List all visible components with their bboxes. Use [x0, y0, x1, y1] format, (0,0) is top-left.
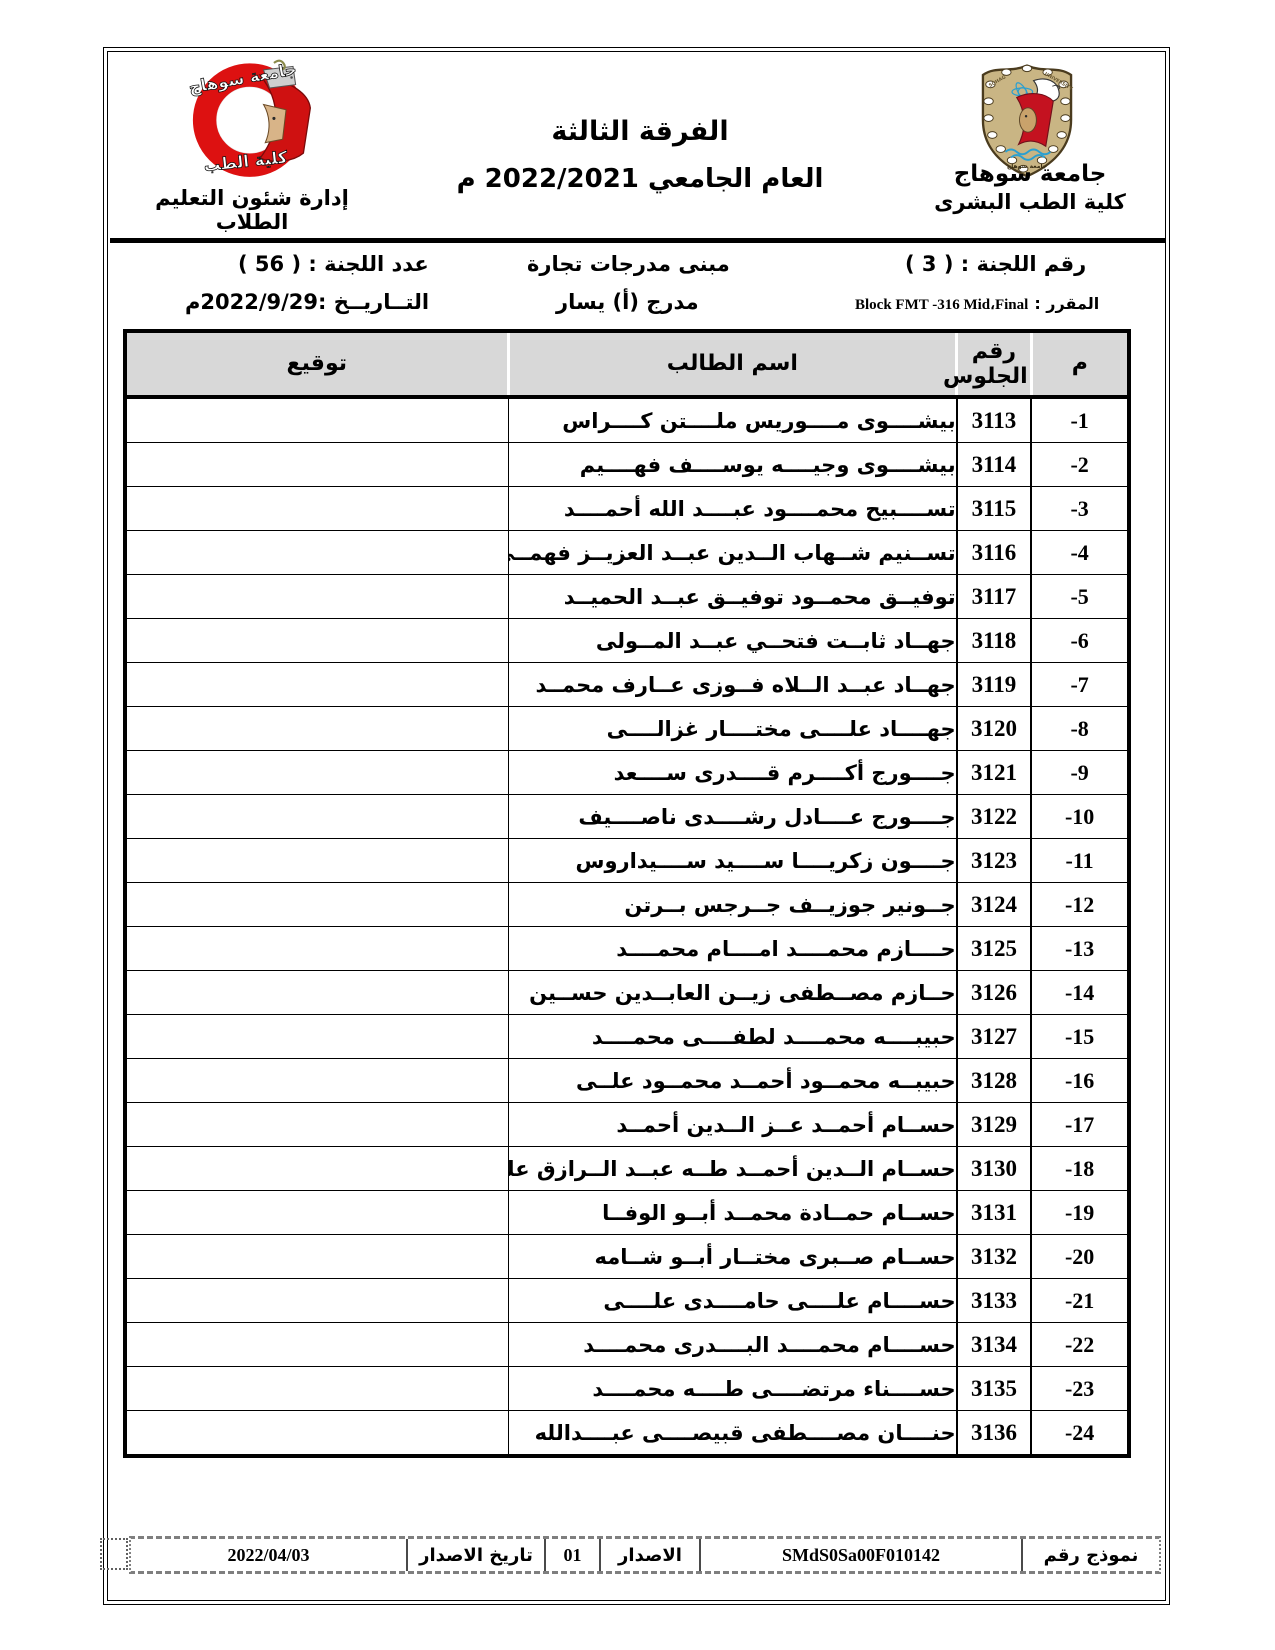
- student-name-cell: جهــاد ثابــت فتحــي عبــد المــولى: [508, 619, 957, 663]
- signature-cell: [125, 1279, 508, 1323]
- serial-cell: -1: [1031, 397, 1129, 443]
- table-row: -53117توفيــق محمــود توفيــق عبــد الحم…: [125, 575, 1129, 619]
- issue-date-text: 2022/04/03: [227, 1545, 309, 1566]
- student-name-cell: تســــبيح محمــــود عبــــد الله أحمــــ…: [508, 487, 957, 531]
- seat-number-cell: 3123: [957, 839, 1032, 883]
- seat-number-cell: 3114: [957, 443, 1032, 487]
- signature-cell: [125, 839, 508, 883]
- student-name-cell: حســــناء مرتضــــى طــــه محمــــد: [508, 1367, 957, 1411]
- seat-number-cell: 3115: [957, 487, 1032, 531]
- course-line: المقرر : Block FMT -316 Mid،Final: [855, 294, 1099, 314]
- page-title: الفرقة الثالثة: [428, 116, 852, 147]
- serial-cell: -15: [1031, 1015, 1129, 1059]
- table-row: -13113بيشــــوى مــــوريس ملــــتن كــــ…: [125, 397, 1129, 443]
- issue-date-value: 2022/04/03: [131, 1539, 406, 1571]
- exam-date: التــاريــخ :2022/9/29م: [185, 290, 429, 314]
- table-header-row: م رقم الجلوس اسم الطالب توقيع: [125, 331, 1129, 397]
- table-row: -223134حســــام محمــــد البــــدرى محمـ…: [125, 1323, 1129, 1367]
- issue-value: 01: [544, 1539, 599, 1571]
- student-name-cell: حســام صــبرى مختــار أبــو شــامه: [508, 1235, 957, 1279]
- signature-cell: [125, 1059, 508, 1103]
- serial-cell: -6: [1031, 619, 1129, 663]
- seat-number-cell: 3129: [957, 1103, 1032, 1147]
- signature-cell: [125, 751, 508, 795]
- roster-body: -13113بيشــــوى مــــوريس ملــــتن كــــ…: [125, 397, 1129, 1456]
- pharaoh-face-shape: [1020, 108, 1037, 132]
- table-row: -23114بيشــــوى وجيــــه يوســــف فهــــ…: [125, 443, 1129, 487]
- serial-cell: -20: [1031, 1235, 1129, 1279]
- seat-number-cell: 3117: [957, 575, 1032, 619]
- signature-cell: [125, 443, 508, 487]
- serial-cell: -21: [1031, 1279, 1129, 1323]
- serial-cell: -24: [1031, 1411, 1129, 1457]
- table-row: -113123جــــون زكريــــا ســــيد ســــيد…: [125, 839, 1129, 883]
- student-name-cell: توفيــق محمــود توفيــق عبــد الحميــد: [508, 575, 957, 619]
- student-name-cell: حبيبــه محمــود أحمــد محمــود علــى: [508, 1059, 957, 1103]
- seat-number-cell: 3125: [957, 927, 1032, 971]
- signature-cell: [125, 663, 508, 707]
- serial-cell: -22: [1031, 1323, 1129, 1367]
- table-row: -153127حبيبــــه محمــــد لطفــــى محمــ…: [125, 1015, 1129, 1059]
- student-name-cell: حســــام محمــــد البــــدرى محمــــد: [508, 1323, 957, 1367]
- serial-cell: -3: [1031, 487, 1129, 531]
- attendance-table: م رقم الجلوس اسم الطالب توقيع -13113بيشـ…: [123, 329, 1131, 1458]
- table-row: -203132حســام صــبرى مختــار أبــو شــام…: [125, 1235, 1129, 1279]
- university-caption: جامعة سوهاج كلية الطب البشرى: [920, 160, 1140, 215]
- serial-cell: -14: [1031, 971, 1129, 1015]
- faculty-name: كلية الطب البشرى: [920, 189, 1140, 215]
- department-caption: إدارة شئون التعليم الطلاب: [133, 186, 371, 234]
- serial-cell: -12: [1031, 883, 1129, 927]
- serial-cell: -19: [1031, 1191, 1129, 1235]
- seat-number-cell: 3131: [957, 1191, 1032, 1235]
- table-row: -63118جهــاد ثابــت فتحــي عبــد المــول…: [125, 619, 1129, 663]
- signature-cell: [125, 575, 508, 619]
- column-header-signature: توقيع: [125, 331, 508, 397]
- student-name-cell: حنــــان مصــــطفى قبيصــــى عبــــدالله: [508, 1411, 957, 1457]
- exam-hall: مدرج (أ) يسار: [556, 290, 699, 314]
- seat-number-cell: 3136: [957, 1411, 1032, 1457]
- signature-cell: [125, 531, 508, 575]
- student-name-cell: حبيبــــه محمــــد لطفــــى محمــــد: [508, 1015, 957, 1059]
- exam-building: مبنى مدرجات تجارة: [527, 252, 730, 276]
- seat-number-cell: 3132: [957, 1235, 1032, 1279]
- form-number-label: نموذج رقم: [1021, 1539, 1159, 1571]
- serial-cell: -10: [1031, 795, 1129, 839]
- seat-number-cell: 3134: [957, 1323, 1032, 1367]
- student-name-cell: جــونير جوزيــف جــرجس بــرتن: [508, 883, 957, 927]
- serial-cell: -16: [1031, 1059, 1129, 1103]
- signature-cell: [125, 707, 508, 751]
- student-name-cell: حــازم مصــطفى زيــن العابــدين حســين: [508, 971, 957, 1015]
- table-row: -163128حبيبــه محمــود أحمــد محمــود عل…: [125, 1059, 1129, 1103]
- serial-cell: -17: [1031, 1103, 1129, 1147]
- seat-number-cell: 3133: [957, 1279, 1032, 1323]
- signature-cell: [125, 619, 508, 663]
- column-header-serial: م: [1031, 331, 1129, 397]
- table-row: -33115تســــبيح محمــــود عبــــد الله أ…: [125, 487, 1129, 531]
- signature-cell: [125, 1367, 508, 1411]
- table-row: -243136حنــــان مصــــطفى قبيصــــى عبــ…: [125, 1411, 1129, 1457]
- serial-cell: -8: [1031, 707, 1129, 751]
- signature-cell: [125, 795, 508, 839]
- student-name-cell: حســام أحمــد عــز الــدين أحمــد: [508, 1103, 957, 1147]
- table-row: -233135حســــناء مرتضــــى طــــه محمـــ…: [125, 1367, 1129, 1411]
- header-divider: [110, 238, 1166, 243]
- table-row: -43116تســنيم شــهاب الــدين عبــد العزي…: [125, 531, 1129, 575]
- committee-number: رقم اللجنة : ( 3 ): [905, 252, 1086, 276]
- seat-number-cell: 3113: [957, 397, 1032, 443]
- table-row: -193131حســام حمــادة محمــد أبــو الوفـ…: [125, 1191, 1129, 1235]
- signature-cell: [125, 1323, 508, 1367]
- seat-number-cell: 3120: [957, 707, 1032, 751]
- student-name-cell: جهــــاد علــــى مختــــار غزالــــى: [508, 707, 957, 751]
- issue-label: الاصدار: [599, 1539, 699, 1571]
- signature-cell: [125, 927, 508, 971]
- signature-cell: [125, 1103, 508, 1147]
- signature-cell: [125, 397, 508, 443]
- seat-number-cell: 3128: [957, 1059, 1032, 1103]
- table-row: -183130حســام الــدين أحمــد طــه عبــد …: [125, 1147, 1129, 1191]
- student-name-cell: حســام حمــادة محمــد أبــو الوفــا: [508, 1191, 957, 1235]
- seat-number-cell: 3118: [957, 619, 1032, 663]
- student-name-cell: جــــورج عــــادل رشــــدى ناصــــيف: [508, 795, 957, 839]
- column-header-student-name: اسم الطالب: [508, 331, 957, 397]
- serial-cell: -13: [1031, 927, 1129, 971]
- signature-cell: [125, 1147, 508, 1191]
- form-info-bar: نموذج رقم SMdS0Sa00F010142 الاصدار 01 تا…: [129, 1536, 1161, 1574]
- seat-number-cell: 3119: [957, 663, 1032, 707]
- form-number-value: SMdS0Sa00F010142: [699, 1539, 1021, 1571]
- seat-number-cell: 3121: [957, 751, 1032, 795]
- student-name-cell: حســام الــدين أحمــد طــه عبــد الــراز…: [508, 1147, 957, 1191]
- seat-number-cell: 3130: [957, 1147, 1032, 1191]
- student-name-cell: حــــازم محمــــد امــــام محمــــد: [508, 927, 957, 971]
- table-row: -123124جــونير جوزيــف جــرجس بــرتن: [125, 883, 1129, 927]
- column-header-seat-number: رقم الجلوس: [957, 331, 1032, 397]
- serial-cell: -4: [1031, 531, 1129, 575]
- student-name-cell: جهــاد عبــد الــلاه فــوزى عــارف محمــ…: [508, 663, 957, 707]
- table-row: -83120جهــــاد علــــى مختــــار غزالـــ…: [125, 707, 1129, 751]
- footer-corner-box: [100, 1538, 128, 1570]
- table-row: -133125حــــازم محمــــد امــــام محمـــ…: [125, 927, 1129, 971]
- student-name-cell: جــــورج أكــــرم قــــدرى ســــعد: [508, 751, 957, 795]
- signature-cell: [125, 1235, 508, 1279]
- serial-cell: -2: [1031, 443, 1129, 487]
- student-name-cell: تســنيم شــهاب الــدين عبــد العزيــز فه…: [508, 531, 957, 575]
- table-row: -173129حســام أحمــد عــز الــدين أحمــد: [125, 1103, 1129, 1147]
- seat-number-cell: 3124: [957, 883, 1032, 927]
- serial-cell: -7: [1031, 663, 1129, 707]
- seat-number-cell: 3122: [957, 795, 1032, 839]
- serial-cell: -11: [1031, 839, 1129, 883]
- table-row: -103122جــــورج عــــادل رشــــدى ناصـــ…: [125, 795, 1129, 839]
- committee-count: عدد اللجنة : ( 56 ): [238, 252, 429, 276]
- course-value: Block FMT -316 Mid،Final: [855, 295, 1028, 314]
- table-row: -73119جهــاد عبــد الــلاه فــوزى عــارف…: [125, 663, 1129, 707]
- academic-year: العام الجامعي 2022/2021 م: [428, 164, 852, 194]
- serial-cell: -5: [1031, 575, 1129, 619]
- faculty-crescent-logo: جامعة سوهاج كلية الطب: [148, 56, 360, 186]
- table-row: -93121جــــورج أكــــرم قــــدرى ســــعد: [125, 751, 1129, 795]
- signature-cell: [125, 1191, 508, 1235]
- course-label: المقرر :: [1034, 294, 1099, 313]
- serial-cell: -23: [1031, 1367, 1129, 1411]
- attendance-sheet-page: جامعة سوهاج كلية الطب إدارة شئون التعليم…: [0, 0, 1275, 1650]
- signature-cell: [125, 1411, 508, 1457]
- seat-number-cell: 3135: [957, 1367, 1032, 1411]
- seat-number-cell: 3116: [957, 531, 1032, 575]
- student-name-cell: حســــام علــــى حامــــدى علــــى: [508, 1279, 957, 1323]
- table-row: -213133حســــام علــــى حامــــدى علــــ…: [125, 1279, 1129, 1323]
- serial-cell: -18: [1031, 1147, 1129, 1191]
- university-name: جامعة سوهاج: [920, 160, 1140, 189]
- seat-number-cell: 3127: [957, 1015, 1032, 1059]
- signature-cell: [125, 883, 508, 927]
- student-name-cell: بيشــــوى وجيــــه يوســــف فهــــيم: [508, 443, 957, 487]
- table-row: -143126حــازم مصــطفى زيــن العابــدين ح…: [125, 971, 1129, 1015]
- signature-cell: [125, 487, 508, 531]
- seat-number-cell: 3126: [957, 971, 1032, 1015]
- signature-cell: [125, 971, 508, 1015]
- student-name-cell: بيشــــوى مــــوريس ملــــتن كــــراس: [508, 397, 957, 443]
- issue-date-label: تاريخ الاصدار: [406, 1539, 544, 1571]
- serial-cell: -9: [1031, 751, 1129, 795]
- signature-cell: [125, 1015, 508, 1059]
- student-name-cell: جــــون زكريــــا ســــيد ســــيداروس: [508, 839, 957, 883]
